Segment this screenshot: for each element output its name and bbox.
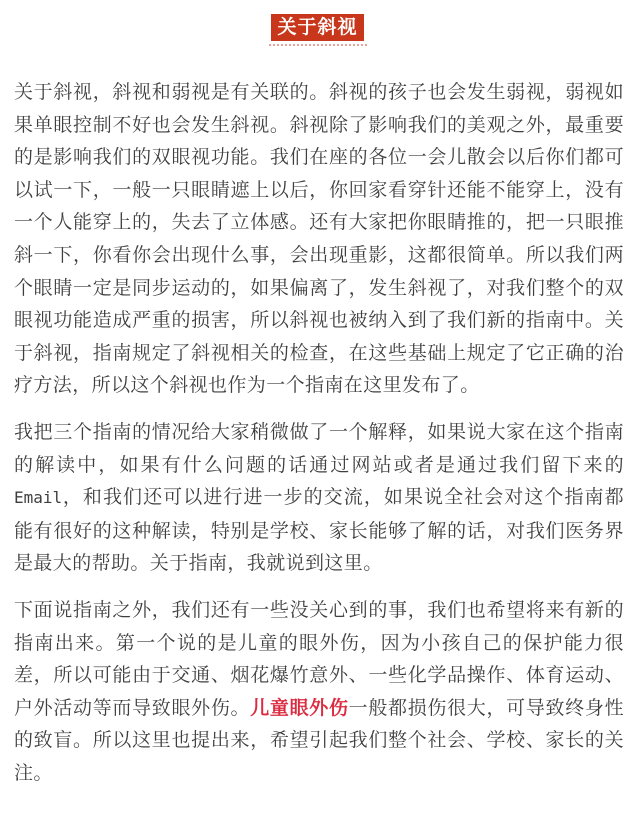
title-dotted-underline bbox=[269, 44, 367, 46]
title-badge: 关于斜视 bbox=[271, 14, 363, 41]
paragraph-text: 我把三个指南的情况给大家稍微做了一个解释，如果说大家在这个指南的解读中，如果有什… bbox=[14, 421, 624, 476]
email-word: Email bbox=[14, 488, 62, 507]
highlight-text: 儿童眼外伤 bbox=[250, 697, 348, 719]
paragraph-guidelines: 我把三个指南的情况给大家稍微做了一个解释，如果说大家在这个指南的解读中，如果有什… bbox=[14, 416, 624, 580]
section-title: 关于斜视 bbox=[0, 14, 635, 46]
paragraph-eye-injury: 下面说指南之外，我们还有一些没关心到的事，我们也希望将来有新的指南出来。第一个说… bbox=[14, 594, 624, 790]
paragraph-strabismus: 关于斜视，斜视和弱视是有关联的。斜视的孩子也会发生弱视，弱视如果单眼控制不好也会… bbox=[14, 76, 624, 402]
paragraph-text: ，和我们还可以进行进一步的交流，如果说全社会对这个指南都能有很好的这种解读，特别… bbox=[14, 486, 624, 574]
article-body: 关于斜视，斜视和弱视是有关联的。斜视的孩子也会发生弱视，弱视如果单眼控制不好也会… bbox=[14, 76, 624, 803]
